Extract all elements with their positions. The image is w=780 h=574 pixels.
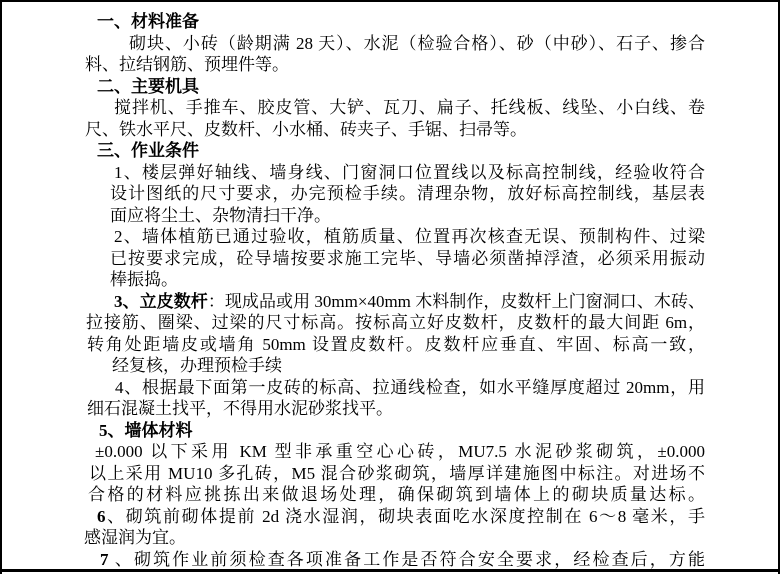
text-line: 6、砌筑前砌体提前 2d 浇水湿润，砌块表面吃水深度控制在 6～8 毫米，手 [97, 506, 705, 528]
text-line: 5、墙体材料 [99, 420, 705, 442]
text-run: 1、楼层弹好轴线、墙身线、门窗洞口位置线以及标高控制线，经验收符合 [114, 163, 705, 182]
text-run: ：现成品或用 30mm×40mm 木料制作，皮数杆上门窗洞口、木砖、 [208, 292, 705, 311]
text-line: 3、立皮数杆：现成品或用 30mm×40mm 木料制作，皮数杆上门窗洞口、木砖、 [114, 291, 705, 313]
text-run: 搅拌机、手推车、胶皮管、大铲、瓦刀、扁子、托线板、线坠、小白线、卷 [114, 98, 705, 117]
bold-text-run: 三、作业条件 [97, 141, 199, 160]
text-run: 细石混凝土找平，不得用水泥砂浆找平。 [87, 399, 393, 418]
bottom-rule [2, 569, 778, 572]
page-frame: 一、材料准备砌块、小砖（龄期满 28 天）、水泥（检验合格）、砂（中砂）、石子、… [0, 0, 780, 574]
text-run: 以上采用 MU10 多孔砖，M5 混合砂浆砌筑，墙厚详建施图中标注。对进场不 [89, 464, 705, 483]
text-run: 、砌筑作业前须检查各项准备工作是否符合安全要求，经检查后，方能 [109, 550, 706, 569]
text-run: 拉接筋、圈梁、过梁的尺寸标高。按标高立好皮数杆，皮数杆的最大间距 6m， [86, 313, 705, 332]
bold-text-run: 5、墙体材料 [99, 421, 193, 440]
text-run: ±0.000 以下采用 KM 型非承重空心心砖，MU7.5 水泥砂浆砌筑，±0.… [95, 442, 705, 461]
text-line: 面应将尘土、杂物清扫干净。 [110, 205, 705, 227]
text-line: 料、拉结钢筋、预埋件等。 [85, 54, 705, 76]
text-run: 料、拉结钢筋、预埋件等。 [85, 55, 289, 74]
text-run: 砌块、小砖（龄期满 28 天）、水泥（检验合格）、砂（中砂）、石子、掺合 [129, 34, 705, 53]
text-line: 转角处距墙皮或墙角 50mm 设置皮数杆。皮数杆应垂直、牢固、标高一致， [87, 334, 705, 356]
section-heading: 一、材料准备 [97, 11, 705, 33]
bold-text-run: 一、材料准备 [97, 12, 199, 31]
text-line: 已按要求完成，砼导墙按要求施工完毕、导墙必须凿掉浮渣，必须采用振动 [110, 248, 705, 270]
text-run: 棒振捣。 [110, 270, 178, 289]
bold-text-run: 二、主要机具 [97, 77, 199, 96]
text-line: 尺、铁水平尺、皮数杆、小水桶、砖夹子、手锯、扫帚等。 [85, 119, 705, 141]
text-line: 2、墙体植筋已通过验收，植筋质量、位置再次核查无误、预制构件、过梁 [114, 226, 705, 248]
text-run: 面应将尘土、杂物清扫干净。 [110, 206, 331, 225]
text-line: 感湿润为宜。 [84, 527, 705, 549]
section-heading: 三、作业条件 [97, 140, 705, 162]
text-line: 4、根据最下面第一皮砖的标高、拉通线检查，如水平缝厚度超过 20mm，用 [115, 377, 705, 399]
text-run: 合格的材料应挑拣出来做退场处理，确保砌筑到墙体上的砌块质量达标。 [88, 485, 705, 504]
text-run: 设计图纸的尺寸要求，办完预检手续。清理杂物，放好标高控制线，基层表 [110, 184, 705, 203]
text-run: 经复核，办理预检手续 [112, 356, 282, 375]
text-run: 、砌筑前砌体提前 2d 浇水湿润，砌块表面吃水深度控制在 6～8 毫米，手 [106, 507, 706, 526]
text-line: 棒振捣。 [110, 269, 705, 291]
bold-text-run: 7 [100, 550, 109, 569]
text-run: 4、根据最下面第一皮砖的标高、拉通线检查，如水平缝厚度超过 20mm，用 [115, 378, 705, 397]
bold-text-run: 3、立皮数杆 [114, 292, 208, 311]
document-body: 一、材料准备砌块、小砖（龄期满 28 天）、水泥（检验合格）、砂（中砂）、石子、… [82, 11, 705, 570]
text-line: 经复核，办理预检手续 [112, 355, 705, 377]
text-run: 尺、铁水平尺、皮数杆、小水桶、砖夹子、手锯、扫帚等。 [85, 120, 527, 139]
text-run: 2、墙体植筋已通过验收，植筋质量、位置再次核查无误、预制构件、过梁 [114, 227, 705, 246]
text-run: 转角处距墙皮或墙角 50mm 设置皮数杆。皮数杆应垂直、牢固、标高一致， [87, 335, 705, 354]
section-heading: 二、主要机具 [97, 76, 705, 98]
text-line: 拉接筋、圈梁、过梁的尺寸标高。按标高立好皮数杆，皮数杆的最大间距 6m， [86, 312, 705, 334]
text-line: 合格的材料应挑拣出来做退场处理，确保砌筑到墙体上的砌块质量达标。 [88, 484, 705, 506]
text-line: 7 、砌筑作业前须检查各项准备工作是否符合安全要求，经检查后，方能 [100, 549, 705, 571]
text-line: 细石混凝土找平，不得用水泥砂浆找平。 [87, 398, 705, 420]
text-run: 感湿润为宜。 [84, 528, 186, 547]
text-line: 设计图纸的尺寸要求，办完预检手续。清理杂物，放好标高控制线，基层表 [110, 183, 705, 205]
text-line: 以上采用 MU10 多孔砖，M5 混合砂浆砌筑，墙厚详建施图中标注。对进场不 [89, 463, 705, 485]
text-line: 搅拌机、手推车、胶皮管、大铲、瓦刀、扁子、托线板、线坠、小白线、卷 [114, 97, 705, 119]
text-line: 1、楼层弹好轴线、墙身线、门窗洞口位置线以及标高控制线，经验收符合 [114, 162, 705, 184]
text-run: 已按要求完成，砼导墙按要求施工完毕、导墙必须凿掉浮渣，必须采用振动 [110, 249, 705, 268]
bold-text-run: 6 [97, 507, 106, 526]
text-line: 砌块、小砖（龄期满 28 天）、水泥（检验合格）、砂（中砂）、石子、掺合 [129, 33, 705, 55]
text-line: ±0.000 以下采用 KM 型非承重空心心砖，MU7.5 水泥砂浆砌筑，±0.… [95, 441, 705, 463]
